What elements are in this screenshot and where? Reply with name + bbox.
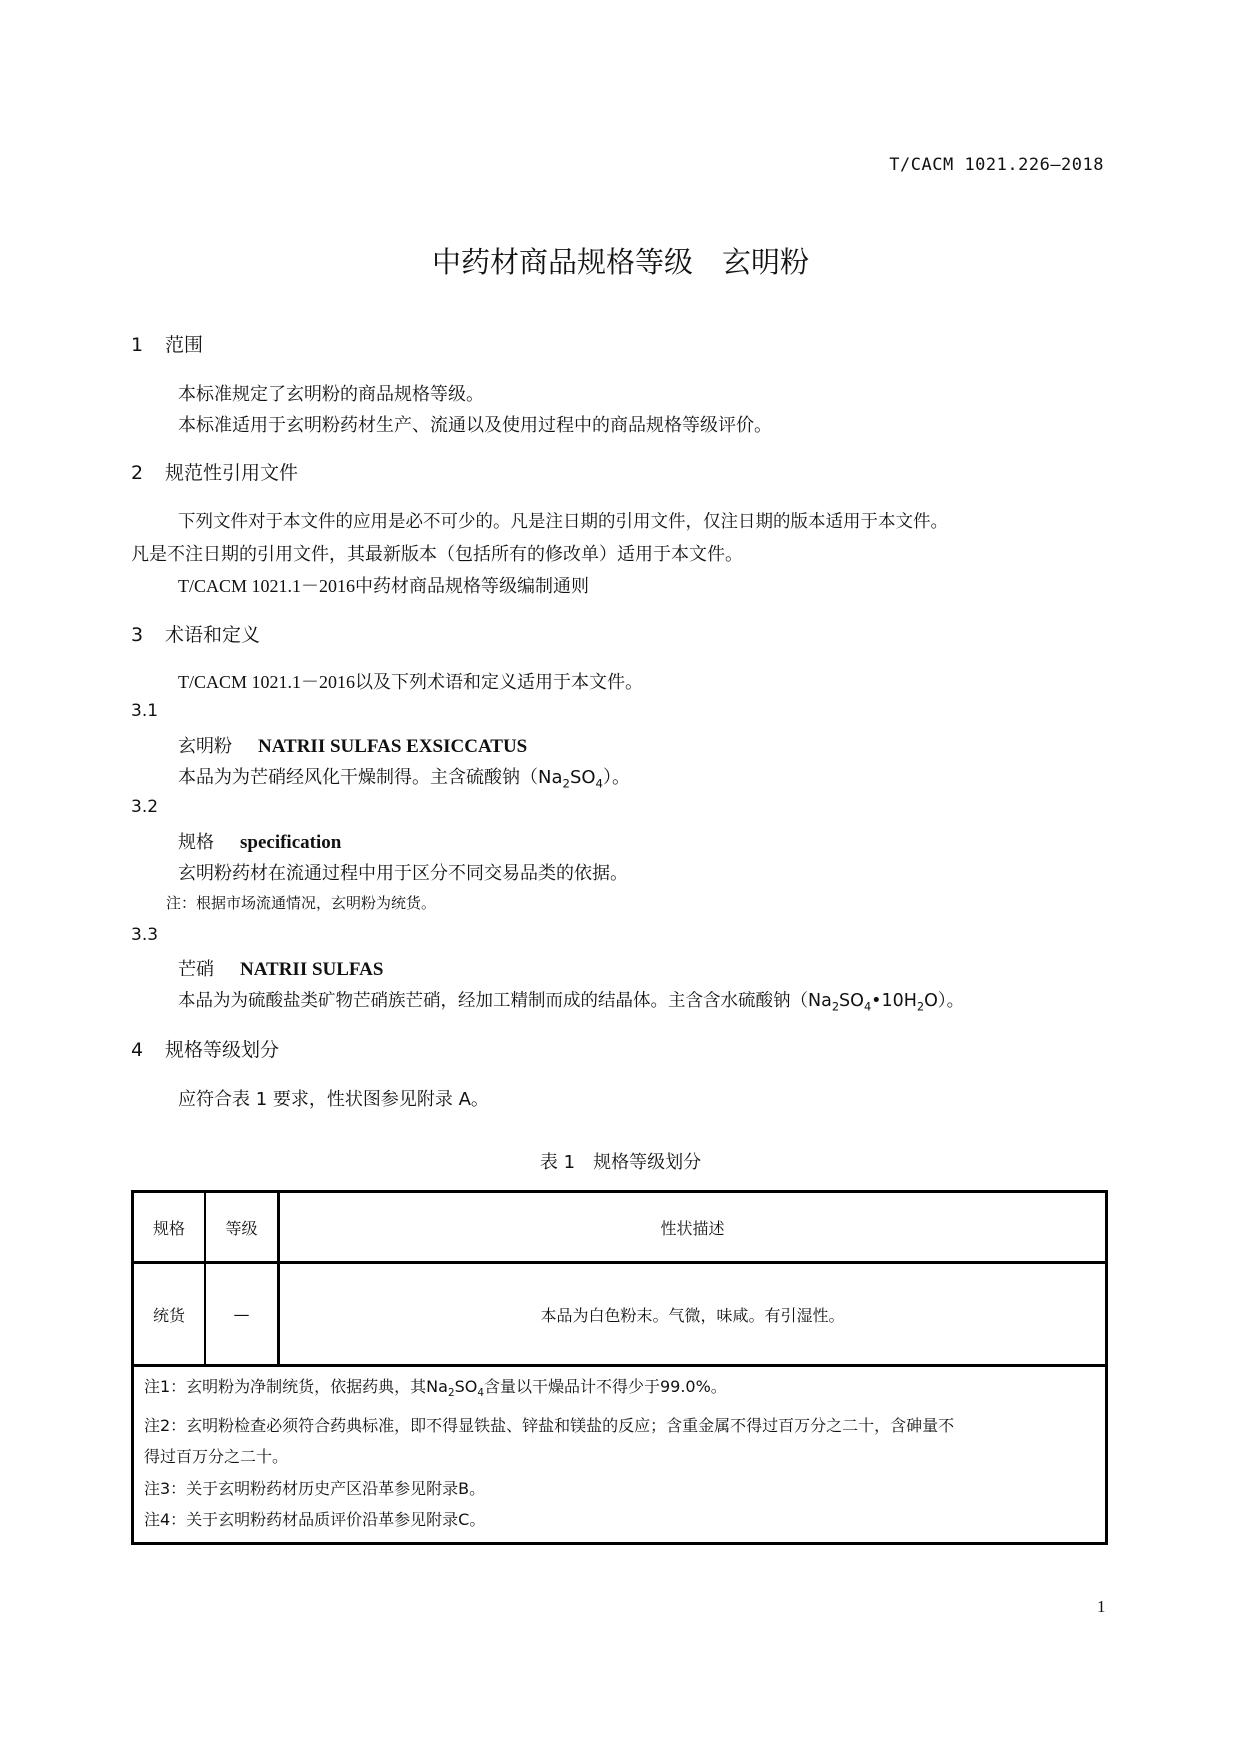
table-header-row: 规格 等级 性状描述 [134, 1193, 1105, 1264]
table-note: 注4：关于玄明粉药材品质评价沿革参见附录C。 [144, 1504, 1095, 1536]
table-cell: 本品为白色粉末。气微，味咸。有引湿性。 [280, 1264, 1105, 1364]
reference-document: T/CACM 1021.1－2016中药材商品规格等级编制通则 [178, 572, 589, 598]
note-text: 含量以干燥品计不得少于99.0%。 [484, 1377, 727, 1396]
definition-text: SO [839, 991, 864, 1011]
term-en: NATRII SULFAS EXSICCATUS [258, 736, 527, 757]
subscript: 4 [477, 1387, 484, 1399]
table-note: 注1：玄明粉为净制统货，依据药典，其Na2SO4含量以干燥品计不得少于99.0%… [144, 1371, 1095, 1410]
paragraph: 本标准规定了玄明粉的商品规格等级。 [178, 380, 484, 406]
standard-number: T/CACM 1021.226—2018 [889, 155, 1104, 175]
definition-text: 本品为为硫酸盐类矿物芒硝族芒硝，经加工精制而成的结晶体。主含含水硫酸钠（Na [178, 991, 832, 1011]
section-title: 范围 [165, 334, 203, 356]
table-note: 注3：关于玄明粉药材历史产区沿革参见附录B。 [144, 1473, 1095, 1505]
term-note: 注：根据市场流通情况，玄明粉为统货。 [166, 892, 436, 913]
section-1-heading: 1范围 [131, 330, 203, 357]
table-cell: 统货 [134, 1264, 206, 1364]
term-zh: 玄明粉 [178, 736, 232, 757]
term-zh: 芒硝 [178, 959, 214, 980]
grade-table: 规格 等级 性状描述 统货 — 本品为白色粉末。气微，味咸。有引湿性。 注1：玄… [131, 1190, 1108, 1545]
section-number: 2 [131, 462, 165, 484]
section-title: 规范性引用文件 [165, 462, 298, 484]
paragraph: T/CACM 1021.1－2016以及下列术语和定义适用于本文件。 [178, 668, 643, 694]
term-definition: 本品为为硫酸盐类矿物芒硝族芒硝，经加工精制而成的结晶体。主含含水硫酸钠（Na2S… [178, 987, 964, 1014]
table-note: 得过百万分之二十。 [144, 1441, 1095, 1473]
note-text: 注1：玄明粉为净制统货，依据药典，其Na [144, 1377, 448, 1396]
document-title: 中药材商品规格等级 玄明粉 [0, 240, 1241, 281]
table-caption: 表 1 规格等级划分 [0, 1148, 1241, 1174]
term-title: 规格specification [178, 828, 341, 854]
term-title: 玄明粉NATRII SULFAS EXSICCATUS [178, 732, 527, 758]
section-number: 4 [131, 1039, 165, 1061]
section-title: 术语和定义 [165, 624, 260, 646]
header-cell: 等级 [206, 1193, 280, 1261]
page-number: 1 [1097, 1597, 1106, 1617]
subscript: 2 [832, 1000, 839, 1014]
table-notes: 注1：玄明粉为净制统货，依据药典，其Na2SO4含量以干燥品计不得少于99.0%… [134, 1367, 1105, 1542]
definition-text: ）。 [603, 767, 630, 788]
term-number: 3.2 [131, 797, 158, 817]
section-4-heading: 4规格等级划分 [131, 1035, 279, 1062]
table-row: 统货 — 本品为白色粉末。气微，味咸。有引湿性。 [134, 1264, 1105, 1367]
subscript: 4 [596, 777, 603, 791]
header-cell: 规格 [134, 1193, 206, 1261]
table-note: 注2：玄明粉检查必须符合药典标准，即不得显铁盐、锌盐和镁盐的反应；含重金属不得过… [144, 1410, 1095, 1442]
term-number: 3.1 [131, 701, 158, 721]
note-text: SO [455, 1377, 478, 1396]
term-en: NATRII SULFAS [240, 959, 383, 980]
term-definition: 玄明粉药材在流通过程中用于区分不同交易品类的依据。 [178, 859, 628, 885]
definition-text: •10H [871, 991, 917, 1011]
definition-text: 本品为为芒硝经风化干燥制得。主含硫酸钠（Na [178, 767, 563, 788]
term-number: 3.3 [131, 925, 158, 945]
definition-text: SO [570, 767, 596, 788]
section-number: 1 [131, 334, 165, 356]
table-cell: — [206, 1264, 280, 1364]
section-number: 3 [131, 624, 165, 646]
paragraph: 下列文件对于本文件的应用是必不可少的。凡是注日期的引用文件，仅注日期的版本适用于… [178, 508, 948, 533]
term-definition: 本品为为芒硝经风化干燥制得。主含硫酸钠（Na2SO4）。 [178, 763, 630, 791]
section-3-heading: 3术语和定义 [131, 620, 260, 647]
subscript: 2 [448, 1387, 455, 1399]
subscript: 2 [563, 777, 570, 791]
term-zh: 规格 [178, 832, 214, 853]
header-cell: 性状描述 [280, 1193, 1105, 1261]
paragraph: 凡是不注日期的引用文件，其最新版本（包括所有的修改单）适用于本文件。 [131, 540, 743, 566]
paragraph: 本标准适用于玄明粉药材生产、流通以及使用过程中的商品规格等级评价。 [178, 411, 772, 437]
term-en: specification [240, 832, 341, 853]
section-2-heading: 2规范性引用文件 [131, 458, 298, 485]
term-title: 芒硝NATRII SULFAS [178, 955, 383, 981]
section-title: 规格等级划分 [165, 1039, 279, 1061]
paragraph: 应符合表 1 要求，性状图参见附录 A。 [178, 1085, 489, 1111]
definition-text: O）。 [924, 991, 964, 1011]
